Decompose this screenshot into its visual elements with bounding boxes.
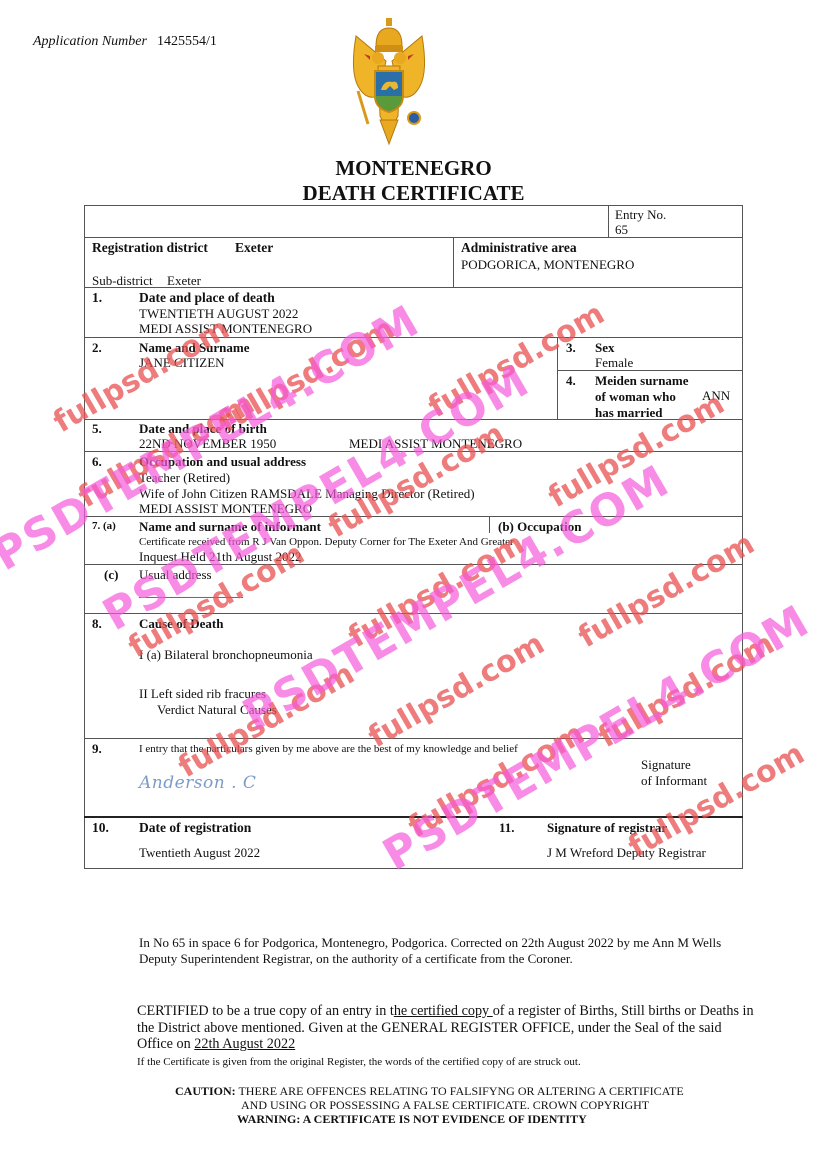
sex-label: Sex bbox=[595, 340, 615, 355]
sex-value: Female bbox=[595, 355, 633, 370]
signature-label-2: of Informant bbox=[641, 773, 707, 788]
certification-part-1: CERTIFIED to be a true copy of an entry … bbox=[137, 1003, 394, 1019]
occupation-detail-value: Wife of John Citizen RAMSDALE Managing D… bbox=[139, 486, 475, 501]
birth-date-place-label: Date and place of birth bbox=[139, 421, 267, 436]
certification-small-note: If the Certificate is given from the ori… bbox=[137, 1056, 581, 1068]
field-1-number: 1. bbox=[92, 290, 102, 305]
informant-declaration: I entry that the particulars given by me… bbox=[139, 742, 518, 757]
registration-date-label: Date of registration bbox=[139, 820, 251, 835]
caution-line-1: THERE ARE OFFENCES RELATING TO FALSIFYNG… bbox=[236, 1084, 684, 1098]
field-4-number: 4. bbox=[566, 373, 576, 388]
name-surname-label: Name and Surname bbox=[139, 340, 250, 355]
informant-occupation-label: (b) Occupation bbox=[498, 519, 581, 534]
certification-underlined: he certified copy bbox=[394, 1003, 493, 1019]
informant-name-value: Certificate received from R J Van Oppon.… bbox=[139, 535, 514, 550]
informant-address-value: ________________ bbox=[139, 584, 243, 599]
field-11-number: 11. bbox=[499, 820, 515, 835]
identity-warning: WARNING: A CERTIFICATE IS NOT EVIDENCE O… bbox=[175, 1112, 684, 1126]
field-6-number: 6. bbox=[92, 454, 102, 469]
occupation-address-label: Occupation and usual address bbox=[139, 454, 306, 469]
inquest-value: Inquest Held 21th August 2022 bbox=[139, 549, 302, 564]
field-9-number: 9. bbox=[92, 741, 102, 756]
correction-note: In No 65 in space 6 for Podgorica, Monte… bbox=[139, 935, 754, 967]
death-place-value: MEDI ASSIST MONTENEGRO bbox=[139, 321, 312, 336]
field-5-number: 5. bbox=[92, 421, 102, 436]
signature-label-1: Signature bbox=[641, 757, 691, 772]
field-8-number: 8. bbox=[92, 616, 102, 631]
registrar-signature-label: Signature of registrar bbox=[547, 820, 667, 835]
certification-statement: CERTIFIED to be a true copy of an entry … bbox=[137, 1003, 757, 1053]
field-3-number: 3. bbox=[566, 340, 576, 355]
watermark-red: fullpsd.com bbox=[593, 626, 781, 755]
administrative-area-label: Administrative area bbox=[461, 240, 577, 255]
watermark-red: fullpsd.com bbox=[363, 626, 551, 755]
registration-district-label: Registration district bbox=[92, 240, 208, 255]
subdistrict-value: Exeter bbox=[167, 273, 201, 288]
cause-of-death-label: Cause of Death bbox=[139, 616, 224, 631]
watermark-red: fullpsd.com bbox=[173, 656, 361, 785]
entry-number-label: Entry No. bbox=[615, 207, 666, 222]
maiden-surname-value: ANN bbox=[702, 388, 730, 403]
usual-address-value: MEDI ASSIST MONTENEGRO bbox=[139, 501, 312, 516]
death-date-value: TWENTIETH AUGUST 2022 bbox=[139, 306, 298, 321]
application-number: Application Number1425554/1 bbox=[33, 34, 217, 50]
occupation-value: Teacher (Retired) bbox=[139, 470, 230, 485]
maiden-surname-label-1: Meiden surname bbox=[595, 373, 689, 388]
document-title: DEATH CERTIFICATE bbox=[0, 181, 827, 206]
informant-address-label: Usual address bbox=[139, 567, 212, 582]
informant-signature: Anderson . C bbox=[139, 776, 256, 791]
caution-line-2: AND USING OR POSSESSING A FALSE CERTIFIC… bbox=[175, 1098, 684, 1112]
country-title: MONTENEGRO bbox=[0, 156, 827, 181]
subdistrict-label: Sub-district bbox=[92, 273, 153, 288]
application-number-label: Application Number bbox=[33, 34, 147, 49]
entry-number-value: 65 bbox=[615, 222, 628, 237]
birth-date-value: 22ND NOVEMBER 1950 bbox=[139, 436, 276, 451]
caution-label: CAUTION: bbox=[175, 1084, 236, 1098]
maiden-surname-label-2: of woman who bbox=[595, 389, 676, 404]
caution-block: CAUTION: THERE ARE OFFENCES RELATING TO … bbox=[175, 1084, 684, 1126]
certification-date: 22th August 2022 bbox=[194, 1036, 295, 1052]
verdict-value: Verdict Natural Causes bbox=[157, 702, 277, 717]
cause-secondary-value: II Left sided rib fracures bbox=[139, 686, 266, 701]
birth-place-value: MEDI ASSIST MONTENEGRO bbox=[349, 436, 522, 451]
name-surname-value: JANE CITIZEN bbox=[139, 355, 225, 370]
cause-primary-value: I (a) Bilateral bronchopneumonia bbox=[139, 647, 313, 662]
field-7a-number: 7. (a) bbox=[92, 519, 116, 534]
field-10-number: 10. bbox=[92, 820, 109, 835]
application-number-value: 1425554/1 bbox=[157, 34, 217, 49]
registration-district-value: Exeter bbox=[235, 240, 273, 255]
maiden-surname-label-3: has married bbox=[595, 405, 663, 420]
watermark-red: fullpsd.com bbox=[423, 296, 611, 425]
watermark-red: fullpsd.com bbox=[573, 526, 761, 655]
registration-date-value: Twentieth August 2022 bbox=[139, 845, 260, 860]
field-7c-number: (c) bbox=[104, 567, 118, 582]
registrar-signature-value: J M Wreford Deputy Registrar bbox=[547, 845, 706, 860]
administrative-area-value: PODGORICA, MONTENEGRO bbox=[461, 257, 634, 272]
death-date-place-label: Date and place of death bbox=[139, 290, 275, 305]
coat-of-arms-icon bbox=[348, 16, 430, 146]
field-2-number: 2. bbox=[92, 340, 102, 355]
informant-name-label: Name and surname of informant bbox=[139, 519, 321, 534]
